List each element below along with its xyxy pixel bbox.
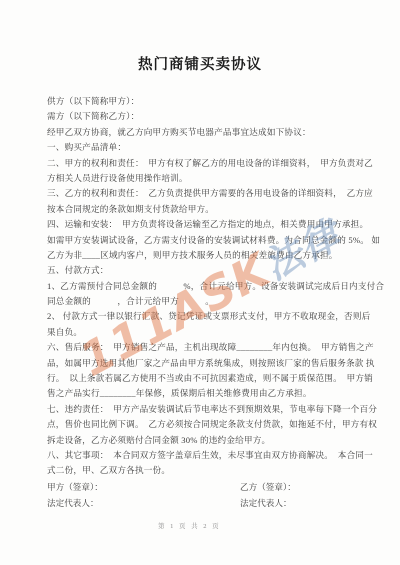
contract-line: 品，如属甲方选用其他厂家之产品由甲方系统集成，则按照该厂家的售后服务条款 执	[47, 356, 359, 371]
contract-line: 三、乙方的权利和责任： 乙方负责提供甲方需要的各用电设备的详细资料， 乙方应	[47, 186, 359, 201]
contract-line: 七、违约责任： 甲方产品安装调试后节电率达不到预期效果，节电率每下降一个百分	[47, 402, 359, 417]
contract-line: 拆走设备，乙方必须赔付合同金额 30% 的违约金给甲方。	[47, 433, 359, 448]
party-b-rep-label: 法定代表人：	[237, 495, 292, 512]
contract-body: 供方（以下简称甲方）： 需方（以下简称乙方）： 经甲乙双方协商，就乙方向甲方购买…	[47, 94, 359, 512]
contract-line: 同总金额的 ，合计元给甲方 。	[47, 294, 359, 309]
contract-line: 行。 以上条款若属乙方使用不当或由不可抗因素造成，则不属于质保范围。 甲方销	[47, 371, 359, 386]
contract-line: 2、 付款方式一律以银行汇款、贷记凭证或支票形式支付，甲方不收取现金，否则后	[47, 309, 359, 324]
contract-line: 方相关人员进行设备使用操作培训。	[47, 171, 359, 186]
contract-line: 供方（以下简称甲方）：	[47, 94, 359, 109]
party-b-seal-label: 乙方（签章）：	[237, 479, 296, 496]
contract-line: 如需甲方安装调试设备，乙方需支付设备的安装调试材料费。为合同总金额的 5%。 如	[47, 233, 359, 248]
party-a-seal-label: 甲方（签章）：	[47, 479, 237, 496]
contract-line: 二、甲方的权利和责任： 甲方有权了解乙方的用电设备的详细资料， 甲方负责对乙	[47, 156, 359, 171]
contract-line: 六、售后服务： 甲方销售之产品，主机出现故障________年内包换。 甲方销售…	[47, 340, 359, 355]
contract-page: 热门商铺买卖协议 供方（以下简称甲方）： 需方（以下简称乙方）： 经甲乙双方协商…	[0, 0, 400, 565]
contract-line: 点，售价也同比例下调。 乙方必须按合同规定条款支付货款，如拖延不付，甲方有权	[47, 417, 359, 432]
contract-line: 经甲乙双方协商，就乙方向甲方购买节电器产品事宜达成如下协议：	[47, 125, 359, 140]
contract-line: 按本合同规定的条款如期支付货款给甲方。	[47, 202, 359, 217]
page-title: 热门商铺买卖协议	[0, 53, 400, 74]
contract-line: 1、乙方需预付合同总金额的 %，合计元给甲方。设备安装调试完成后日内支付合	[47, 279, 359, 294]
contract-line: 四、运输和安装： 甲方负责将设备运输至乙方指定的地点，相关费用由甲方承担。	[47, 217, 359, 232]
contract-line: 售之产品实行________年保修，质保期后相关维修费用由乙方承担。	[47, 386, 359, 401]
contract-line: 五、付款方式：	[47, 263, 359, 278]
contract-line: 八、其它事项： 本合同双方签字盖章后生效，未尽事宜由双方协商解决。 本合同一	[47, 448, 359, 463]
party-a-rep-label: 法定代表人：	[47, 495, 237, 512]
contract-line: 需方（以下简称乙方）：	[47, 109, 359, 124]
signature-rep-row: 法定代表人： 法定代表人：	[47, 495, 359, 512]
contract-line: 乙方为非____区域内客户，则甲方技术服务人员的相关差旅费由乙方承担。	[47, 248, 359, 263]
contract-line: 式二份，甲、乙双方各执一份。	[47, 463, 359, 478]
page-number-indicator: 第 1 页 共 2 页	[158, 521, 221, 530]
contract-line: 一、购买产品清单：	[47, 140, 359, 155]
signature-seal-row: 甲方（签章）： 乙方（签章）：	[47, 479, 359, 496]
contract-line: 果自负。	[47, 325, 359, 340]
